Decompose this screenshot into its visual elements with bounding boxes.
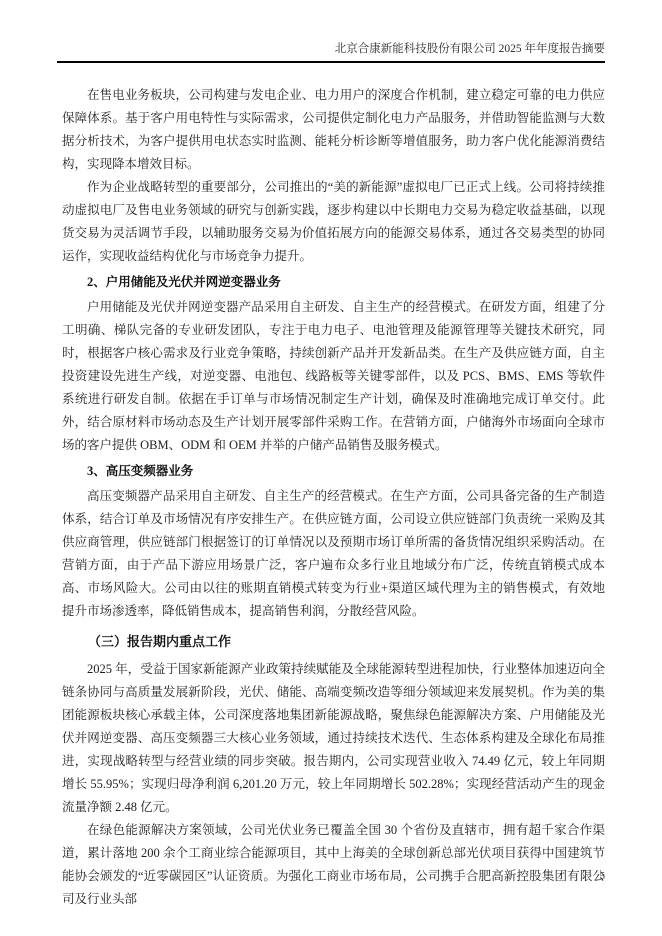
report-header-title: 北京合康新能科技股份有限公司 2025 年年度报告摘要 xyxy=(335,43,605,55)
paragraph-virtual-power-plant: 作为企业战略转型的重要部分，公司推出的“美的新能源”虚拟电厂已正式上线。公司将持… xyxy=(62,176,605,268)
heading-storage-inverter-business: 2、户用储能及光伏并网逆变器业务 xyxy=(62,271,605,294)
heading-hv-inverter-business: 3、高压变频器业务 xyxy=(62,460,605,483)
document-body: 在售电业务板块，公司构建与发电企业、电力用户的深度合作机制，建立稳定可靠的电力供… xyxy=(62,84,605,911)
heading-key-work-in-period: （三）报告期内重点工作 xyxy=(62,630,605,653)
page-header: 北京合康新能科技股份有限公司 2025 年年度报告摘要 xyxy=(57,42,605,63)
paragraph-hv-inverter-business: 高压变频器产品采用自主研发、自主生产的经营模式。在生产方面，公司具备完备的生产制… xyxy=(62,485,605,623)
page-number: 5 xyxy=(600,870,606,882)
document-page: 北京合康新能科技股份有限公司 2025 年年度报告摘要 在售电业务板块，公司构建… xyxy=(0,0,662,936)
paragraph-electricity-sales: 在售电业务板块，公司构建与发电企业、电力用户的深度合作机制，建立稳定可靠的电力供… xyxy=(62,84,605,176)
page-footer: 5 xyxy=(600,870,606,882)
paragraph-green-energy-solutions: 在绿色能源解决方案领域，公司光伏业务已覆盖全国 30 个省份及直辖市，拥有超千家… xyxy=(62,819,605,911)
paragraph-annual-results: 2025 年，受益于国家新能源产业政策持续赋能及全球能源转型进程加快，行业整体加… xyxy=(62,658,605,819)
paragraph-storage-inverter-business: 户用储能及光伏并网逆变器产品采用自主研发、自主生产的经营模式。在研发方面，组建了… xyxy=(62,296,605,457)
